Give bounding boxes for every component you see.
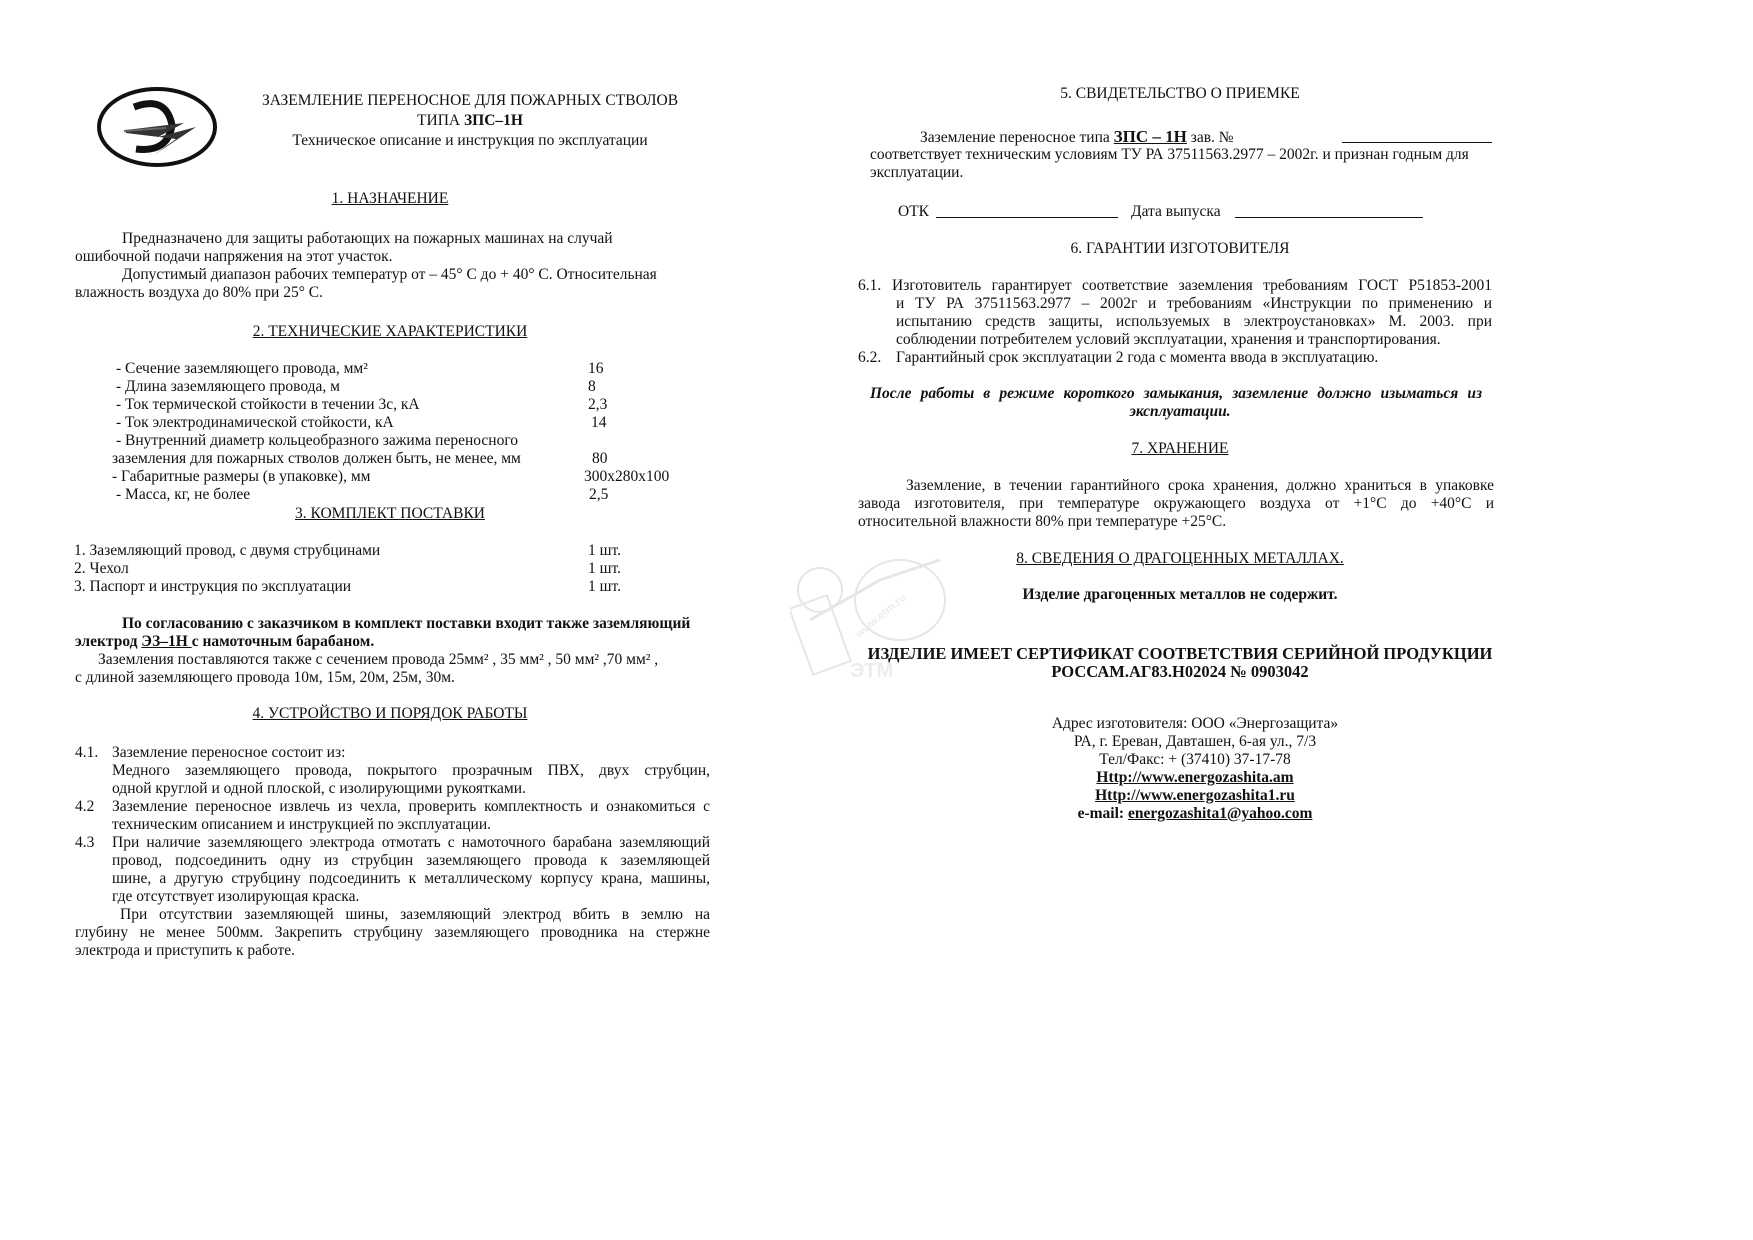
spec-value: 80 <box>592 450 608 468</box>
item-text: Изготовитель гарантирует соответствие за… <box>892 277 1492 295</box>
spec-label: - Масса, кг, не более <box>116 486 250 504</box>
package-item-qty: 1 шт. <box>588 542 621 560</box>
package-item-qty: 1 шт. <box>588 578 621 596</box>
item-number: 6.2. <box>858 349 881 367</box>
serial-number-field[interactable] <box>1342 128 1492 143</box>
email-link[interactable]: energozashita1@yahoo.com <box>1128 805 1312 822</box>
package-item-label: 3. Паспорт и инструкция по эксплуатации <box>74 578 351 596</box>
email-row: e-mail: energozashita1@yahoo.com <box>1030 805 1360 823</box>
acceptance-prefix: Заземление переносное типа <box>920 129 1114 146</box>
spec-value: 8 <box>588 378 596 396</box>
otk-signature-field[interactable] <box>936 203 1118 218</box>
note-text: с намоточным барабаном. <box>192 633 375 650</box>
spec-label: - Габаритные размеры (в упаковке), мм <box>112 468 370 486</box>
package-note-electrode: электрод ЭЗ–1Н с намоточным барабаном. <box>75 633 374 651</box>
section-heading-storage: 7. ХРАНЕНИЕ <box>850 440 1510 458</box>
item-text: техническим описанием и инструкцией по э… <box>112 816 491 834</box>
section-heading-operation: 4. УСТРОЙСТВО И ПОРЯДОК РАБОТЫ <box>70 705 710 723</box>
section-heading-acceptance: 5. СВИДЕТЕЛЬСТВО О ПРИЕМКЕ <box>850 85 1510 103</box>
serial-number-label: зав. № <box>1187 129 1234 146</box>
item-number: 6.1. <box>858 277 881 295</box>
otk-label: ОТК <box>898 203 929 221</box>
section-heading-precious-metals: 8. СВЕДЕНИЯ О ДРАГОЦЕННЫХ МЕТАЛЛАХ. <box>850 550 1510 568</box>
acceptance-text: Заземление переносное типа ЗПС – 1Н зав.… <box>920 128 1234 147</box>
spec-value: 16 <box>588 360 604 378</box>
spec-label: заземления для пожарных стволов должен б… <box>112 450 521 468</box>
model-name: ЗПС–1Н <box>464 112 523 129</box>
purpose-text: Предназначено для защиты работающих на п… <box>122 230 613 248</box>
purpose-text: ошибочной подачи напряжения на этот учас… <box>75 248 393 266</box>
storage-text: завода изготовителя, при температуре окр… <box>858 495 1494 513</box>
release-date-field[interactable] <box>1235 203 1423 218</box>
precious-metals-text: Изделие драгоценных металлов не содержит… <box>850 586 1510 604</box>
package-item-qty: 1 шт. <box>588 560 621 578</box>
item-text: Заземление переносное состоит из: <box>112 744 345 762</box>
storage-text: Заземление, в течении гарантийного срока… <box>906 477 1494 495</box>
website-link-am[interactable]: Http://www.energozashita.am <box>1030 769 1360 787</box>
manufacturer-address: РА, г. Ереван, Давташен, 6-ая ул., 7/3 <box>1030 733 1360 751</box>
email-label: e-mail: <box>1078 805 1128 822</box>
manufacturer-phone: Тел/Факс: + (37410) 37-17-78 <box>1030 751 1360 769</box>
spec-label: - Длина заземляющего провода, м <box>116 378 340 396</box>
item-text: При наличие заземляющего электрода отмот… <box>112 834 710 852</box>
acceptance-model: ЗПС – 1Н <box>1114 127 1187 146</box>
item-text: испытанию средств защиты, используемых в… <box>896 313 1492 331</box>
section-heading-purpose: 1. НАЗНАЧЕНИЕ <box>70 190 710 208</box>
item-number: 4.2 <box>75 798 94 816</box>
electrode-model: ЭЗ–1Н <box>141 633 191 650</box>
package-item-label: 2. Чехол <box>74 560 129 578</box>
acceptance-text: эксплуатации. <box>870 164 963 182</box>
document-title: ЗАЗЕМЛЕНИЕ ПЕРЕНОСНОЕ ДЛЯ ПОЖАРНЫХ СТВОЛ… <box>230 92 710 110</box>
item-number: 4.3 <box>75 834 94 852</box>
short-circuit-warning: эксплуатации. <box>850 403 1510 421</box>
package-variants: Заземления поставляются также с сечением… <box>98 651 658 669</box>
item-text: где отсутствует изолирующая краска. <box>112 888 359 906</box>
spec-value: 14 <box>591 414 607 432</box>
spec-value: 2,3 <box>588 396 607 414</box>
package-item-label: 1. Заземляющий провод, с двумя струбцина… <box>74 542 380 560</box>
document-subtitle: Техническое описание и инструкция по экс… <box>230 132 710 150</box>
item-text: одной круглой и одной плоской, с изолиру… <box>112 780 526 798</box>
section-heading-warranty: 6. ГАРАНТИИ ИЗГОТОВИТЕЛЯ <box>850 240 1510 258</box>
website-link-ru[interactable]: Http://www.energozashita1.ru <box>1030 787 1360 805</box>
note-text: электрод <box>75 633 141 650</box>
spec-label: - Ток электродинамической стойкости, кА <box>116 414 394 432</box>
item-text: провод, подсоединить одну из струбцин за… <box>112 852 710 870</box>
release-date-label: Дата выпуска <box>1131 203 1221 221</box>
short-circuit-warning: После работы в режиме короткого замыкани… <box>870 385 1482 403</box>
energozashita-logo-icon <box>96 85 218 169</box>
item-text: Заземление переносное извлечь из чехла, … <box>112 798 710 816</box>
spec-label: - Ток термической стойкости в течении 3с… <box>116 396 420 414</box>
section-heading-package: 3. КОМПЛЕКТ ПОСТАВКИ <box>70 505 710 523</box>
acceptance-text: соответствует техническим условиям ТУ РА… <box>870 146 1469 164</box>
manufacturer-address: Адрес изготовителя: ООО «Энергозащита» <box>1030 715 1360 733</box>
item-text: Гарантийный срок эксплуатации 2 года с м… <box>896 349 1378 367</box>
item-text: Медного заземляющего провода, покрытого … <box>112 762 710 780</box>
package-variants: с длиной заземляющего провода 10м, 15м, … <box>75 669 455 687</box>
section-heading-specs: 2. ТЕХНИЧЕСКИЕ ХАРАКТЕРИСТИКИ <box>70 323 710 341</box>
spec-value: 2,5 <box>589 486 608 504</box>
document-title-type: ТИПА ЗПС–1Н <box>230 112 710 130</box>
certificate-title: ИЗДЕЛИЕ ИМЕЕТ СЕРТИФИКАТ СООТВЕТСТВИЯ СЕ… <box>850 645 1510 663</box>
spec-label: - Сечение заземляющего провода, мм² <box>116 360 368 378</box>
type-label: ТИПА <box>417 112 464 129</box>
operation-tail: электрода и приступить к работе. <box>75 942 295 960</box>
item-number: 4.1. <box>75 744 98 762</box>
package-note: По согласованию с заказчиком в комплект … <box>122 615 690 633</box>
storage-text: относительной влажности 80% при температ… <box>858 513 1226 531</box>
operation-tail: При отсутствии заземляющей шины, заземля… <box>120 906 710 924</box>
operation-tail: глубину не менее 500мм. Закрепить струбц… <box>75 924 710 942</box>
certificate-number: РОССАМ.АГ83.Н02024 № 0903042 <box>850 663 1510 681</box>
purpose-text: влажность воздуха до 80% при 25° С. <box>75 284 323 302</box>
item-text: шине, а другую струбцину подсоединить к … <box>112 870 710 888</box>
spec-label: - Внутренний диаметр кольцеобразного заж… <box>116 432 518 450</box>
item-text: и ТУ РА 37511563.2977 – 2002г и требован… <box>896 295 1492 313</box>
purpose-text: Допустимый диапазон рабочих температур о… <box>122 266 657 284</box>
spec-value: 300х280х100 <box>584 468 669 486</box>
item-text: соблюдении потребителем условий эксплуат… <box>896 331 1441 349</box>
